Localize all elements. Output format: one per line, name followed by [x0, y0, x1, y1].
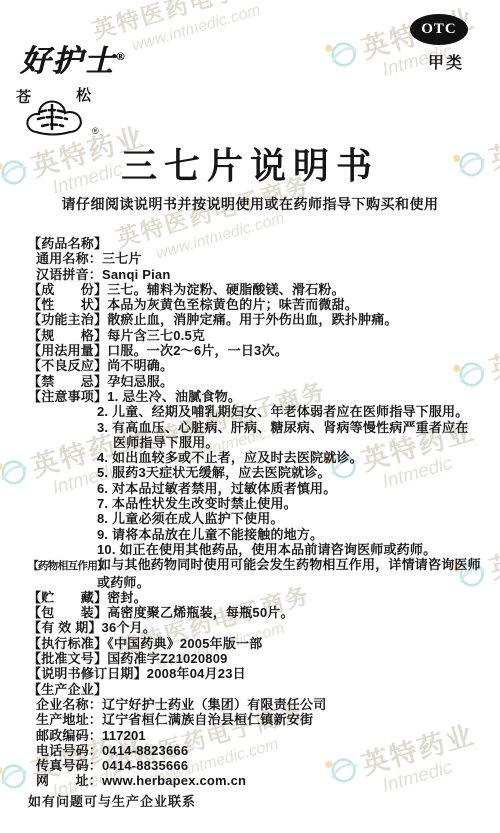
drug-interactions-label: 【药物相互作用】	[28, 559, 98, 574]
company-name: 企业名称：辽宁好护士药业（集团）有限责任公司	[28, 697, 476, 712]
specification: 【规 格】每片含三七0.5克	[28, 328, 476, 343]
website: 网 址：www.herbapex.com.cn	[28, 773, 476, 788]
cangsong-pine-logo: 苍 松 ®	[10, 82, 114, 144]
precaution-4: 4. 如出血较多或不止者，应及时去医院就诊。	[28, 450, 476, 465]
ingredients: 【成 份】三七。辅料为淀粉、硬脂酸镁、滑石粉。	[28, 282, 476, 297]
precaution-3: 3. 有高血压、心脏病、肝病、糖尿病、肾病等慢性病严重者应在	[28, 420, 476, 435]
intmedic-globe-icon	[319, 32, 364, 77]
drug-interactions-text: 如与其他药物同时使用可能会发生药物相互作用，详情请咨询医师	[98, 557, 481, 572]
precaution-6: 6. 对本品过敏者禁用，过敏体质者慎用。	[28, 481, 476, 496]
precaution-1: 【注意事项】1. 忌生冷、油腻食物。	[28, 389, 476, 404]
drug-interactions: 【药物相互作用】如与其他药物同时使用可能会发生药物相互作用，详情请咨询医师	[28, 557, 476, 574]
shelf-life: 【有 效 期】36个月。	[28, 620, 476, 635]
registered-mark: ®	[116, 51, 126, 63]
otc-label: OTC	[421, 21, 457, 38]
fax-number: 传真号码：0414-8835666	[28, 758, 476, 773]
revision-date: 【说明书修订日期】2008年04月23日	[28, 666, 476, 681]
packaging: 【包 装】高密度聚乙烯瓶装，每瓶50片。	[28, 605, 476, 620]
watermark-brand-cn: 英特药业	[484, 317, 500, 386]
pine-tree-icon	[22, 88, 84, 143]
brand-logo-haohushi: 好护士®	[20, 36, 126, 80]
drug-interactions-cont: 或药师。	[28, 575, 476, 590]
indications: 【功能主治】散瘀止血，消肿定痛。用于外伤出血，跌扑肿痛。	[28, 312, 476, 327]
precaution-3-cont: 医师指导下服用。	[28, 435, 476, 450]
contraindications: 【禁 忌】孕妇忌服。	[28, 374, 476, 389]
precaution-8: 8. 儿童必须在成人监护下使用。	[28, 511, 476, 526]
production-address: 生产地址：辽宁省桓仁满族自治县桓仁镇新安街	[28, 712, 476, 727]
phone-number: 电话号码：0414-8823666	[28, 743, 476, 758]
otc-class-label: 甲类	[428, 50, 464, 73]
adverse-reactions: 【不良反应】尚不明确。	[28, 358, 476, 373]
standard: 【执行标准】《中国药典》2005年版一部	[28, 636, 476, 651]
manufacturer-section-label: 【生产企业】	[28, 682, 476, 697]
precaution-9: 9. 请将本品放在儿童不能接触的地方。	[28, 527, 476, 542]
watermark-brand: 英特药业 Intmedic	[318, 0, 484, 97]
approval-number: 【批准文号】国药准字Z21020809	[28, 651, 476, 666]
contact-note: 如有问题可与生产企业联系	[28, 794, 476, 809]
precaution-5: 5. 服药3天症状无缓解，应去医院就诊。	[28, 465, 476, 480]
dosage: 【用法用量】口服。一次2～6片，一日3次。	[28, 343, 476, 358]
precaution-7: 7. 本品性状发生改变时禁止使用。	[28, 496, 476, 511]
drug-name-section-label: 【药品名称】	[28, 236, 476, 251]
precaution-10: 10. 如正在使用其他药品，使用本品前请咨询医师或药师。	[28, 542, 476, 557]
watermark-site-url: www.intmedic.com	[130, 0, 295, 56]
registered-mark: ®	[92, 126, 99, 136]
otc-badge: OTC	[410, 14, 468, 45]
page-title: 三七片说明书	[0, 138, 500, 189]
read-instructions-notice: 请仔细阅读说明书并按说明使用或在药师指导下购买和使用	[0, 194, 500, 214]
leaflet-body: 【药品名称】 通用名称：三七片 汉语拼音：Sanqi Pian 【成 份】三七。…	[28, 236, 476, 809]
generic-name: 通用名称：三七片	[28, 251, 476, 266]
precaution-2: 2. 儿童、经期及哺乳期妇女、年老体弱者应在医师指导下服用。	[28, 404, 476, 419]
brand-name: 好护士	[20, 45, 116, 78]
leaflet-page: 英特医药电子商务 www.intmedic.com 英特医药电子商务 www.i…	[0, 0, 500, 833]
description: 【性 状】本品为灰黄色至棕黄色的片；味苦而微甜。	[28, 297, 476, 312]
watermark-brand-cn: 英特药业	[484, 517, 500, 586]
storage: 【贮 藏】密封。	[28, 590, 476, 605]
pinyin-name: 汉语拼音：Sanqi Pian	[28, 267, 476, 282]
postal-code: 邮政编码：117201	[28, 728, 476, 743]
